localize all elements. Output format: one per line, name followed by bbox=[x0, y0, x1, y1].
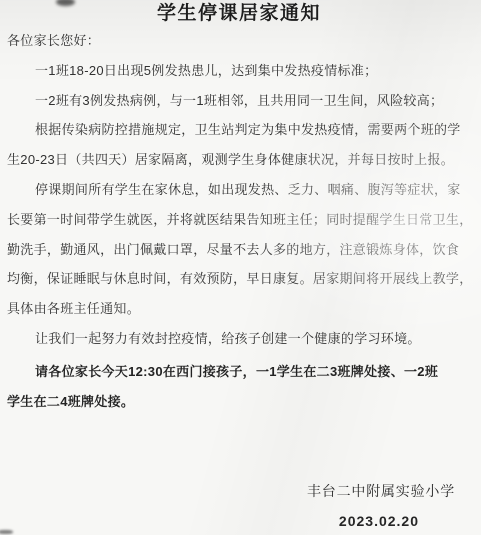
paragraph-line: 均衡，保证睡眠与休息时间，有效预防，早日康复。居家期间将开展线上教学， bbox=[7, 264, 471, 294]
paragraph-line: 让我们一起努力有效封控疫情，给孩子创建一个健康的学习环境。 bbox=[7, 324, 471, 354]
notice-document-photo: 学生停课居家通知 各位家长您好： 一1班18-20日出现5例发热患儿，达到集中发… bbox=[0, 0, 481, 535]
paragraph-line: 勤洗手，勤通风，出门佩戴口罩，尽量不去人多的地方，注意锻炼身体，饮食 bbox=[7, 235, 471, 265]
photo-edge-artifact bbox=[0, 530, 13, 534]
paragraph-line: 具体由各班主任通知。 bbox=[7, 294, 471, 324]
school-signature: 丰台二中附属实验小学 bbox=[7, 476, 471, 506]
pickup-instruction-line: 请各位家长今天12:30在西门接孩子，一1学生在二3班牌处接、一2班 bbox=[7, 357, 471, 387]
paragraph-line: 一2班有3例发热病例，与一1班相邻，且共用同一卫生间，风险较高； bbox=[7, 86, 471, 116]
notice-title: 学生停课居家通知 bbox=[7, 2, 471, 26]
paragraph-line: 停课期间所有学生在家休息，如出现发热、乏力、咽痛、腹泻等症状，家 bbox=[7, 175, 471, 205]
paragraph-line: 生20-23日（共四天）居家隔离，观测学生身体健康状况，并每日按时上报。 bbox=[7, 145, 471, 175]
notice-date: 2023.02.20 bbox=[7, 506, 471, 535]
paragraph-line: 长要第一时间带学生就医，并将就医结果告知班主任；同时提醒学生日常卫生， bbox=[7, 205, 471, 235]
greeting-line: 各位家长您好： bbox=[7, 26, 471, 56]
paragraph-line: 根据传染病防控措施规定，卫生站判定为集中发热疫情，需要两个班的学 bbox=[7, 115, 471, 145]
notice-body: 学生停课居家通知 各位家长您好： 一1班18-20日出现5例发热患儿，达到集中发… bbox=[0, 0, 481, 535]
pickup-instruction-line: 学生在二4班牌处接。 bbox=[7, 387, 471, 417]
paragraph-line: 一1班18-20日出现5例发热患儿，达到集中发热疫情标准； bbox=[7, 56, 471, 86]
